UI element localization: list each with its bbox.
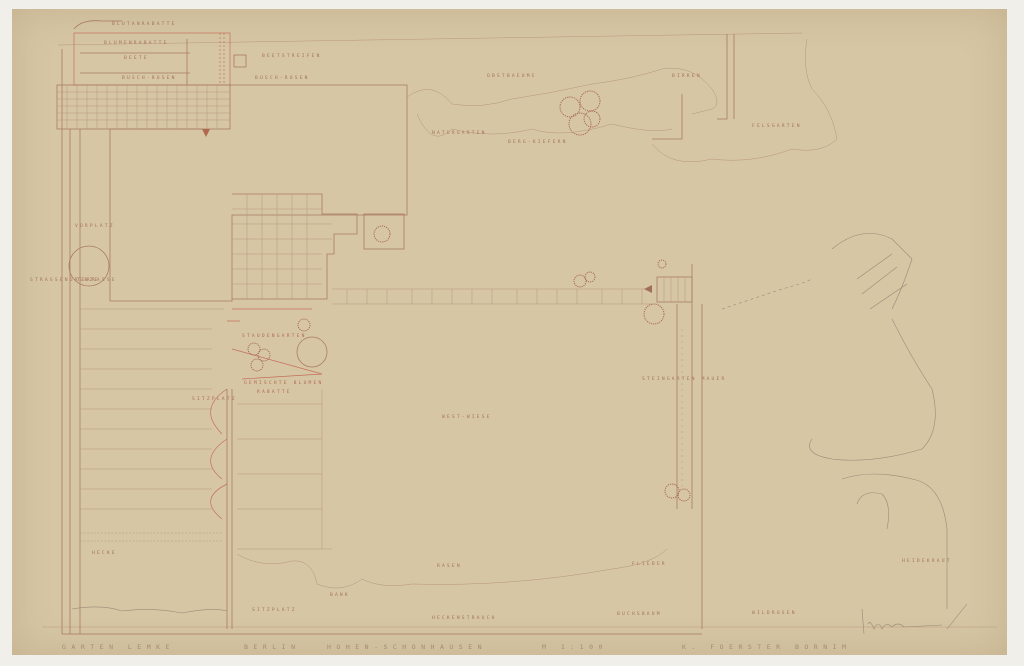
left-strip <box>69 129 224 634</box>
label-boxwood: BUCHSBAUM <box>617 611 662 617</box>
title-city: BERLIN <box>244 643 300 651</box>
garden-steps <box>644 260 692 324</box>
label-fruit-trees: OBSTBAEUME <box>487 73 537 79</box>
label-stone-wall: STEINGARTEN MAUER <box>642 376 726 382</box>
top-bed-structure <box>74 33 407 301</box>
perennial-garden <box>227 309 327 379</box>
title-credit: K. FOERSTER BORNIM <box>682 643 851 651</box>
stepped-terrace <box>232 194 404 299</box>
paved-terrace-grid <box>57 85 230 137</box>
title-project: GARTEN LEMKE <box>62 643 175 651</box>
title-location: HOHEN-SCHONHAUSEN <box>327 643 487 651</box>
label-heather: HEIDEKRAUT <box>902 558 952 564</box>
label-hedge-shrub: HECKENSTRAUCH <box>432 615 497 621</box>
label-north: BLUTANRABATTE <box>112 21 177 27</box>
label-birch: BIRKEN <box>672 73 702 79</box>
label-house-strip: BEETSTREIFEN <box>262 53 322 59</box>
label-lawn-bottom: RASEN <box>437 563 462 569</box>
label-sitting: SITZPLATZ <box>192 396 237 402</box>
garden-path <box>332 272 652 304</box>
label-mixed-flowers: GEMISCHTE BLUMEN <box>244 380 323 386</box>
site-boundary <box>42 21 997 634</box>
title-block: GARTEN LEMKE BERLIN HOHEN-SCHONHAUSEN M … <box>62 643 851 651</box>
label-fields: BEETE <box>124 55 149 61</box>
label-tree-group: BERG-KIEFERN <box>508 139 568 145</box>
label-forecourt: VORPLATZ <box>75 223 115 229</box>
label-blossom-bed: BLUMENRABATTE <box>104 40 169 46</box>
label-seat-bottom: SITZPLATZ <box>252 607 297 613</box>
natural-garden-outlines <box>407 34 837 162</box>
label-street-boundary: STRASSENGRENZE <box>30 277 100 283</box>
garden-plan-drawing: BLUTANRABATTE BLUMENRABATTE BEETE BUSCH-… <box>12 9 1007 655</box>
label-perennial-garden: STAUDENGARTEN <box>242 333 307 339</box>
label-wild-roses: WILDROSEN <box>752 610 797 616</box>
label-bench: BANK <box>330 592 350 598</box>
plan-sheet: BLUTANRABATTE BLUMENRABATTE BEETE BUSCH-… <box>12 9 1007 655</box>
label-grove: FELSGARTEN <box>752 123 802 129</box>
label-hedge: HECKE <box>92 550 117 556</box>
lawn-border <box>72 549 667 613</box>
label-lower-roses: BUSCH-ROSEN <box>255 75 310 81</box>
right-sketch <box>722 233 947 609</box>
label-flowers-sub: RABATTE <box>257 389 292 395</box>
label-west-lawn: WEST-WIESE <box>442 414 492 420</box>
red-pencil-bays <box>211 389 322 629</box>
stone-wall-strip <box>665 264 702 629</box>
plan-labels: BLUTANRABATTE BLUMENRABATTE BEETE BUSCH-… <box>30 21 952 621</box>
label-natural-garden: NATURGARTEN <box>432 130 487 136</box>
label-shrub-roses: BUSCH-ROSEN <box>122 75 177 81</box>
label-lilac: FLIEDER <box>632 561 667 567</box>
title-scale: M 1:100 <box>542 643 608 651</box>
signature-mark <box>862 604 967 634</box>
